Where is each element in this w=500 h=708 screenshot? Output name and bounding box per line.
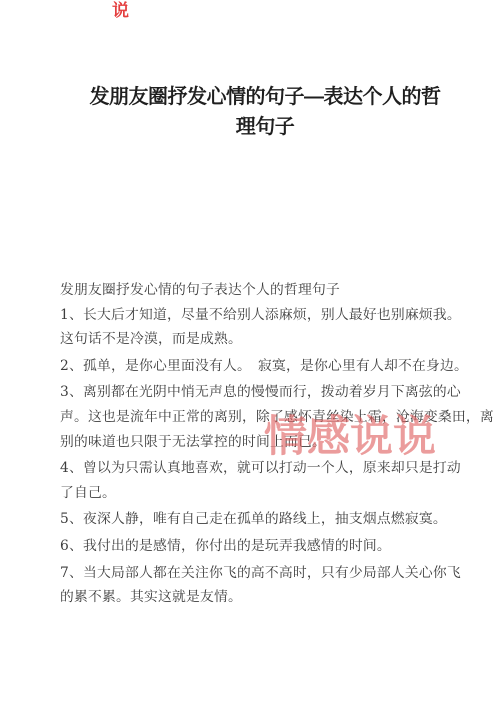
body-line: 声。这也是流年中正常的离别，除了感怀青丝染上霜，沧海变桑田，离 [60, 405, 464, 430]
paragraph-7: 7、当大局部人都在关注你飞的高不高时，只有少局部人关心你飞的累不累。其实这就是友… [60, 561, 464, 610]
body-line: 1、长大后才知道，尽量不给别人添麻烦，别人最好也别麻烦我。 [60, 303, 464, 328]
body-line: 这句话不是冷漠，而是成熟。 [60, 327, 464, 352]
body-line: 5、夜深人静，唯有自己走在孤单的路线上，抽支烟点燃寂寞。 [60, 507, 464, 532]
red-stamp-icon: 说 [112, 2, 129, 20]
document-title-line-2: 理句子 [35, 112, 495, 142]
body-line: 2、孤单，是你心里面没有人。 寂寞，是你心里有人却不在身边。 [60, 354, 464, 379]
body-line: 别的味道也只限于无法掌控的时间上而已。 [60, 430, 464, 455]
body-line: 4、曾以为只需认真地喜欢，就可以打动一个人，原来却只是打动 [60, 456, 464, 481]
paragraph-6: 6、我付出的是感情，你付出的是玩弄我感情的时间。 [60, 534, 464, 559]
body-line: 7、当大局部人都在关注你飞的高不高时，只有少局部人关心你飞 [60, 561, 464, 586]
body-line: 6、我付出的是感情，你付出的是玩弄我感情的时间。 [60, 534, 464, 559]
document-page: 说 发朋友圈抒发心情的句子—表达个人的哲 理句子 发朋友圈抒发心情的句子表达个人… [0, 0, 500, 708]
paragraph-4: 4、曾以为只需认真地喜欢，就可以打动一个人，原来却只是打动了自己。 [60, 456, 464, 505]
body-line: 的累不累。其实这就是友情。 [60, 585, 464, 610]
body-line: 了自己。 [60, 481, 464, 506]
paragraph-2: 2、孤单，是你心里面没有人。 寂寞，是你心里有人却不在身边。 [60, 354, 464, 379]
document-title-line-1: 发朋友圈抒发心情的句子—表达个人的哲 [35, 82, 495, 112]
document-title: 发朋友圈抒发心情的句子—表达个人的哲 理句子 [35, 82, 495, 142]
paragraph-5: 5、夜深人静，唯有自己走在孤单的路线上，抽支烟点燃寂寞。 [60, 507, 464, 532]
paragraph-1: 1、长大后才知道，尽量不给别人添麻烦，别人最好也别麻烦我。这句话不是冷漠，而是成… [60, 303, 464, 352]
paragraph-3: 3、离别都在光阴中悄无声息的慢慢而行，拨动着岁月下离弦的心声。这也是流年中正常的… [60, 380, 464, 454]
document-body: 发朋友圈抒发心情的句子表达个人的哲理句子 1、长大后才知道，尽量不给别人添麻烦，… [60, 278, 464, 612]
body-line: 3、离别都在光阴中悄无声息的慢慢而行，拨动着岁月下离弦的心 [60, 380, 464, 405]
body-heading: 发朋友圈抒发心情的句子表达个人的哲理句子 [60, 278, 464, 303]
